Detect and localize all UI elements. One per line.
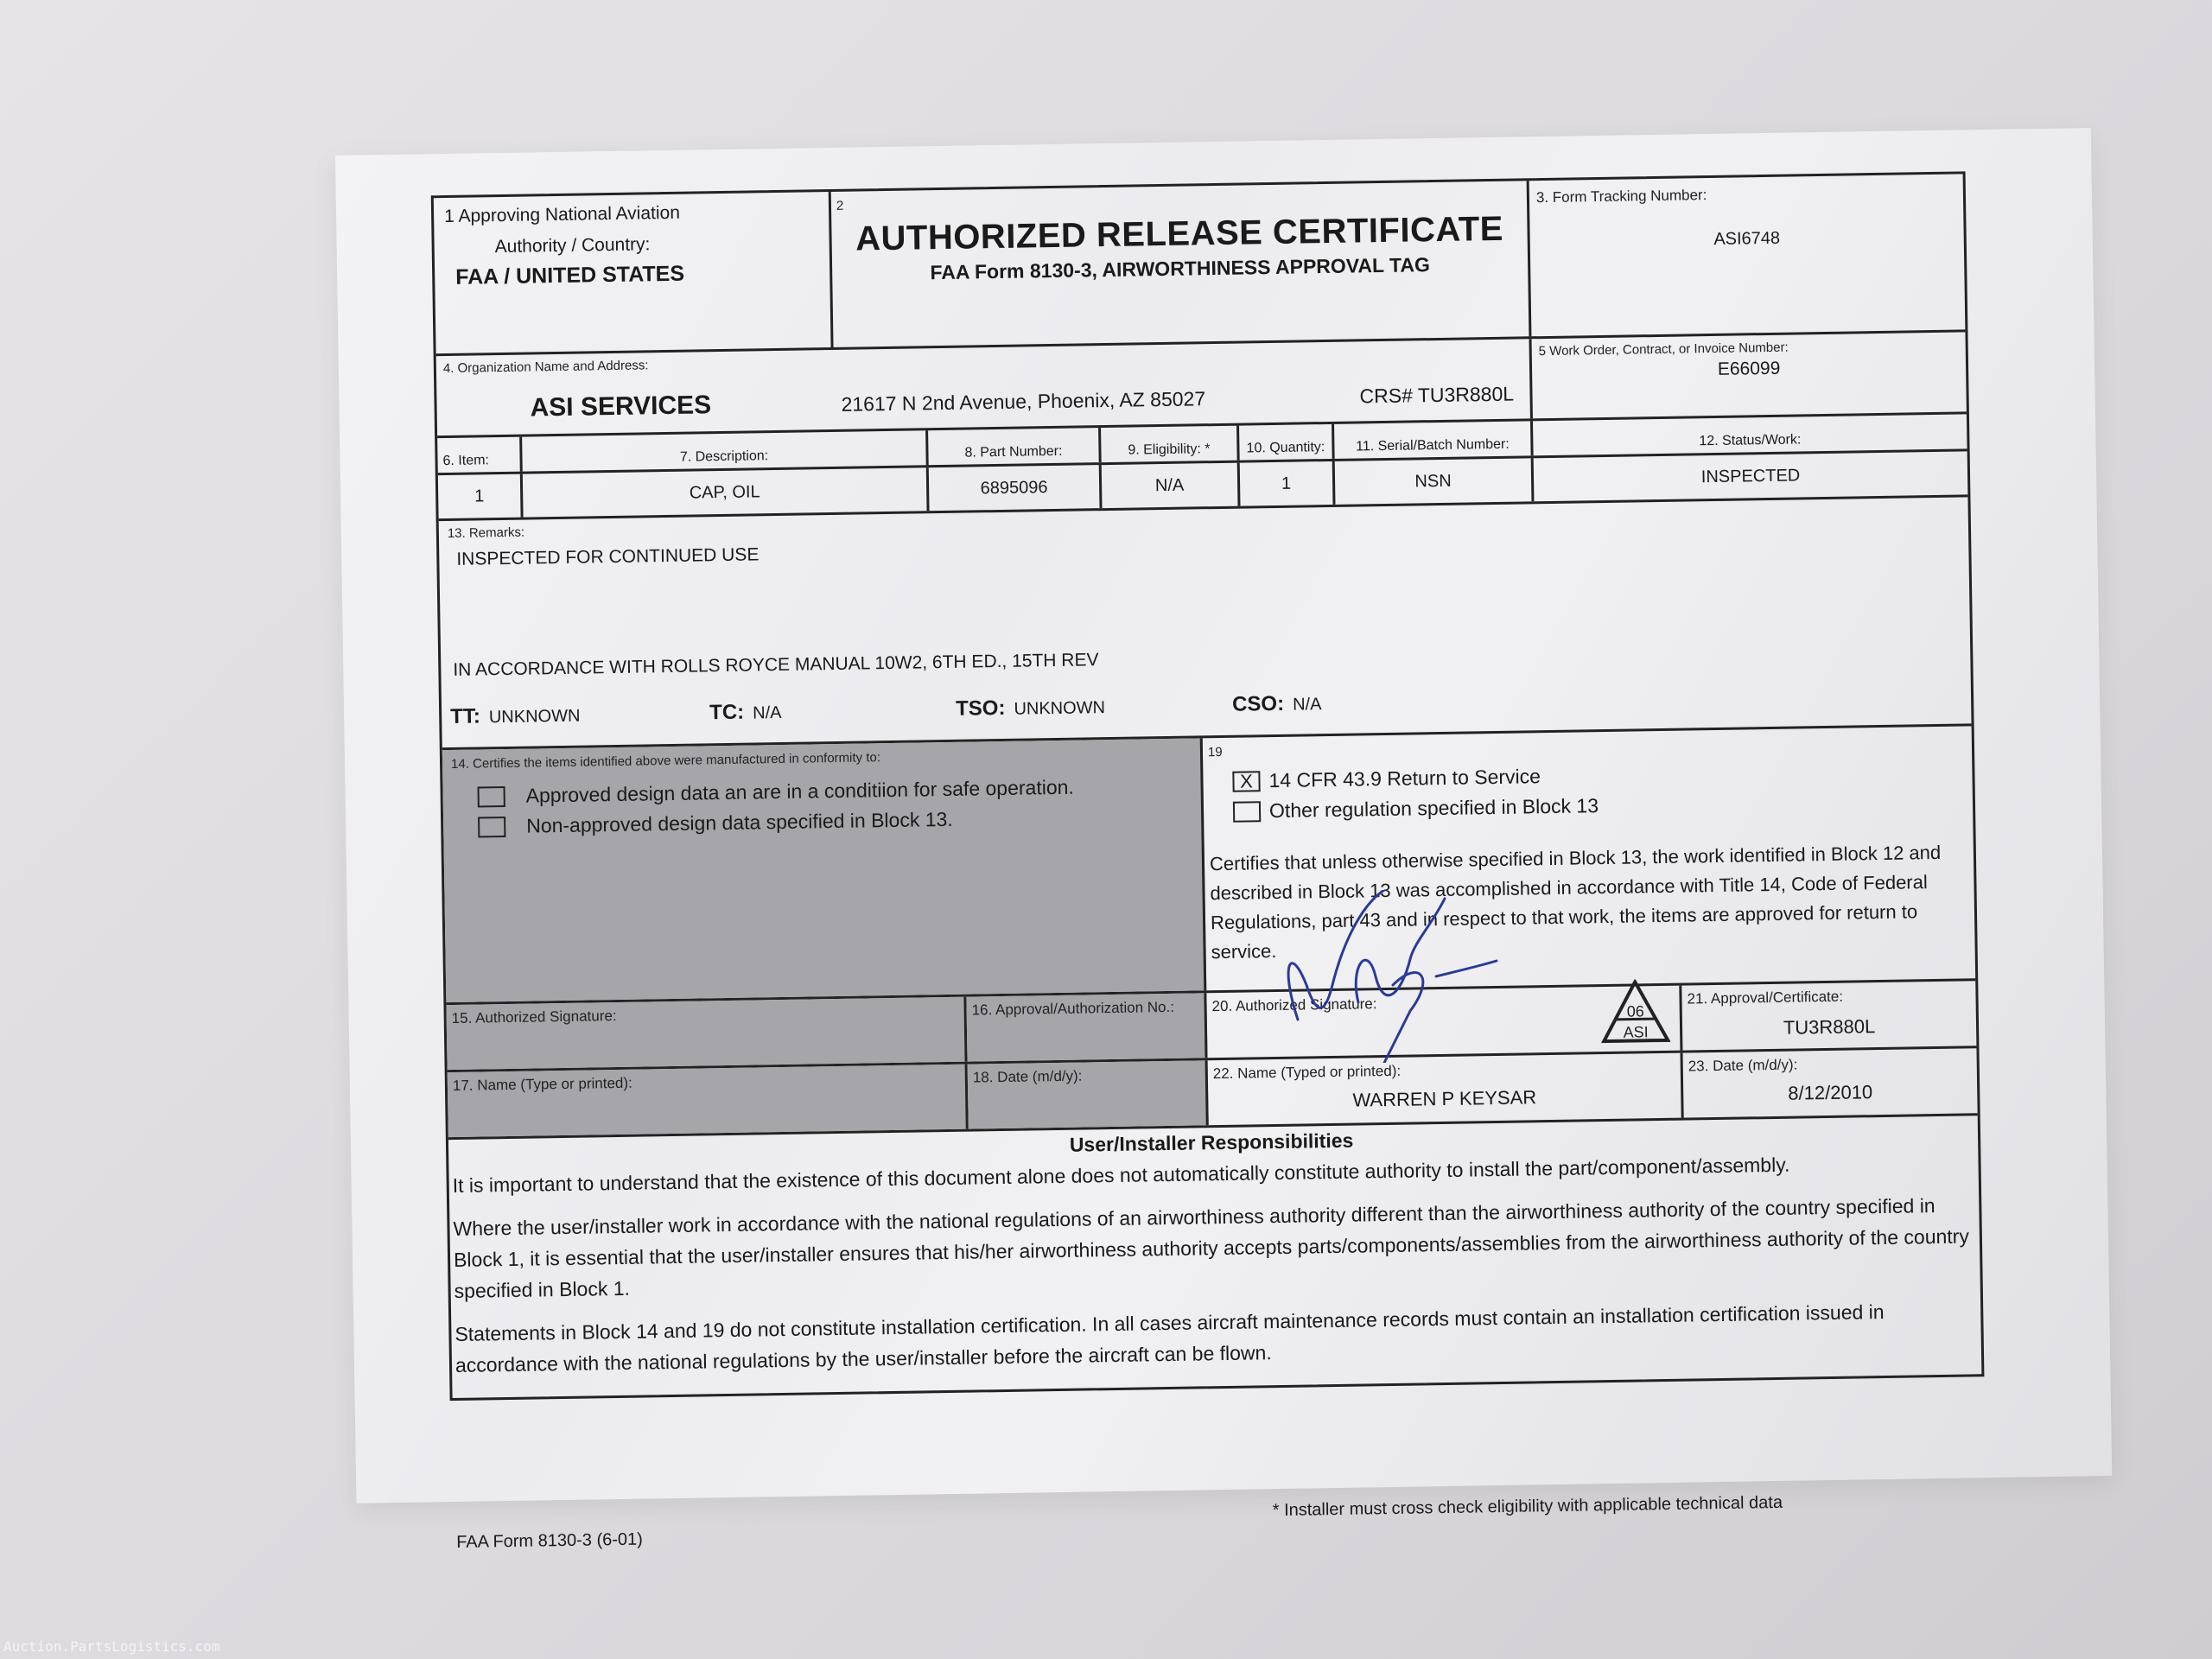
asi-stamp-icon: 06 ASI [1600, 979, 1670, 1044]
checkbox-other-regulation[interactable] [1233, 801, 1261, 822]
block-4-organization: 4. Organization Name and Address: ASI SE… [436, 339, 1533, 435]
block-16-approval-no: 16. Approval/Authorization No.: [966, 993, 1207, 1061]
user-installer-responsibilities: User/Installer Responsibilities It is im… [448, 1116, 1981, 1398]
form-id: FAA Form 8130-3 (6-01) [456, 1530, 643, 1553]
block-14-label: 14. Certifies the items identified above… [451, 746, 1192, 772]
block-1-authority: 1 Approving National Aviation Authority … [434, 192, 834, 353]
block-1-label-2: Authority / Country: [495, 232, 819, 257]
item-eligibility: N/A [1102, 463, 1241, 509]
block-22-name: 22. Name (Typed or printed): WARREN P KE… [1208, 1053, 1684, 1126]
checkbox-non-approved-design[interactable] [478, 816, 505, 836]
block-5-work-order: 5 Work Order, Contract, or Invoice Numbe… [1532, 332, 1967, 418]
meta-tso: TSO:UNKNOWN [956, 693, 1232, 721]
block-3-tracking: 3. Form Tracking Number: ASI6748 [1529, 174, 1966, 336]
approval-certificate-value: TU3R880L [1688, 1014, 1971, 1040]
block-19-number: 19 [1208, 733, 1967, 760]
meta-cso: CSO:N/A [1232, 691, 1322, 717]
block-21-certificate: 21. Approval/Certificate: TU3R880L [1681, 981, 1976, 1050]
item-status: INSPECTED [1534, 451, 1968, 501]
block-18-date: 18. Date (m/d/y): [968, 1060, 1209, 1128]
certificate-paper: 1 Approving National Aviation Authority … [335, 128, 2112, 1503]
block-2-title: 2 AUTHORIZED RELEASE CERTIFICATE FAA For… [831, 181, 1532, 347]
block-19-return-to-service: 19 X 14 CFR 43.9 Return to Service Other… [1203, 726, 1975, 990]
block-19-option-cfr: X 14 CFR 43.9 Return to Service [1208, 758, 1967, 793]
responsibilities-paragraph-3: Statements in Block 14 and 19 do not con… [454, 1294, 1974, 1381]
block-1-value: FAA / UNITED STATES [455, 259, 819, 290]
organization-name: ASI SERVICES [530, 389, 841, 423]
header-part-number: 8. Part Number: [928, 428, 1102, 465]
svg-text:ASI: ASI [1623, 1023, 1648, 1040]
block-15-signature: 15. Authorized Signature: [446, 997, 967, 1070]
certificate-title: AUTHORIZED RELEASE CERTIFICATE [836, 209, 1522, 258]
block-3-label: 3. Form Tracking Number: [1536, 183, 1956, 207]
svg-text:06: 06 [1627, 1002, 1644, 1020]
header-item: 6. Item: [437, 437, 523, 474]
item-quantity: 1 [1240, 461, 1336, 506]
block-20-signature: 20. Authorized Signature: 06 ASI [1206, 986, 1682, 1058]
organization-address: 21617 N 2nd Avenue, Phoenix, AZ 85027 [841, 385, 1325, 416]
block-2-number: 2 [836, 188, 1522, 213]
item-description: CAP, OIL [523, 467, 930, 517]
remarks-line-2: IN ACCORDANCE WITH ROLLS ROYCE MANUAL 10… [453, 637, 1961, 681]
watermark: Auction.PartsLogistics.com [3, 1638, 219, 1655]
certification-row: 14. Certifies the items identified above… [442, 726, 1975, 1005]
item-serial: NSN [1335, 458, 1535, 505]
signer-name: WARREN P KEYSAR [1213, 1084, 1675, 1114]
block-19-statement: Certifies that unless otherwise specifie… [1210, 837, 1970, 967]
checkbox-cfr-43-9-checked[interactable]: X [1232, 771, 1260, 791]
block-19-option-other: Other regulation specified in Block 13 [1209, 788, 1967, 823]
checkbox-approved-design[interactable] [477, 786, 505, 807]
header-row: 1 Approving National Aviation Authority … [434, 174, 1966, 356]
item-part-number: 6895096 [929, 465, 1103, 511]
header-quantity: 10. Quantity: [1239, 424, 1335, 461]
work-order-number: E66099 [1539, 356, 1959, 384]
meta-tt: TT:UNKNOWN [450, 701, 709, 729]
block-1-label: 1 Approving National Aviation [444, 200, 818, 227]
crs-number: CRS# TU3R880L [1359, 383, 1514, 409]
block-23-date: 23. Date (m/d/y): 8/12/2010 [1683, 1048, 1978, 1117]
header-status: 12. Status/Work: [1533, 414, 1967, 455]
block-14-option-non-approved: Non-approved design data specified in Bl… [452, 804, 1192, 839]
meta-tc: TC:N/A [709, 697, 956, 725]
header-eligibility: 9. Eligibility: * [1101, 426, 1240, 463]
header-description: 7. Description: [522, 430, 929, 471]
responsibilities-paragraph-2: Where the user/installer work in accorda… [453, 1189, 1973, 1306]
block-17-name: 17. Name (Type or printed): [448, 1065, 969, 1137]
eligibility-note: * Installer must cross check eligibility… [1273, 1493, 1783, 1521]
tracking-number: ASI6748 [1537, 226, 1957, 253]
remarks-meta: TT:UNKNOWN TC:N/A TSO:UNKNOWN CSO:N/A [450, 682, 1962, 729]
block-14-conformity: 14. Certifies the items identified above… [442, 738, 1206, 1002]
form-8130-3: 1 Approving National Aviation Authority … [431, 171, 1985, 1401]
block-13-remarks: 13. Remarks: INSPECTED FOR CONTINUED USE… [439, 497, 1972, 750]
block-5-label: 5 Work Order, Contract, or Invoice Numbe… [1539, 338, 1959, 359]
item-number: 1 [438, 474, 524, 519]
signature-date: 8/12/2010 [1688, 1079, 1972, 1106]
block-14-option-approved: Approved design data an are in a conditi… [451, 774, 1192, 809]
header-serial: 11. Serial/Batch Number: [1334, 421, 1534, 459]
